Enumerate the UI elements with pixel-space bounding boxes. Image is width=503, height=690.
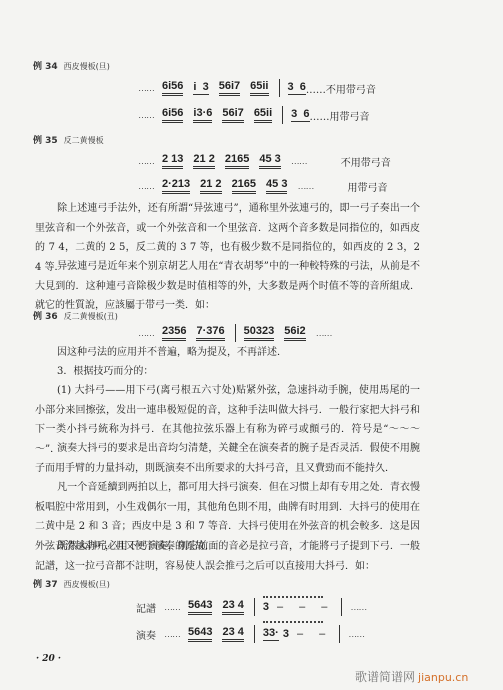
tremolo-wave-mark <box>263 596 323 598</box>
example-35-label: 例 35反二黄慢板 <box>33 133 104 146</box>
note-group: 45 3 <box>266 179 287 194</box>
score-line-ex35-2: …… 2·213 21 2 2165 45 3 …… 用带弓音 <box>138 178 387 194</box>
paragraph-text: 演奏大抖弓的要求是出音均匀清楚，关鍵全在演奏者的腕子是否灵活．假使不用腕子而用手… <box>35 443 420 474</box>
row-label-notation: 記譜 <box>136 600 156 615</box>
example-number: 例 35 <box>33 136 58 146</box>
example-title: 西皮慢板(旦) <box>64 580 110 589</box>
paragraph-not-common: 因这种弓法的应用并不普遍，略为提及，不再詳述． <box>35 343 420 363</box>
note-group: 56i7 <box>219 81 240 96</box>
paragraph-text: 既然大抖弓必用下弓演奏，則它前面的音必是拉弓音，才能將弓子提到下弓．一般記譜，这… <box>35 541 420 572</box>
note-group: 3 6 <box>291 109 309 122</box>
note-group: 6i56 <box>162 81 183 96</box>
note-group: 23 4 <box>222 627 243 642</box>
bar-line <box>339 625 340 643</box>
bar-line <box>341 598 342 616</box>
score-line-ex34-2: …… 6i56 i3·6 56i7 65ii 3 6 ……用带弓音 <box>138 107 370 123</box>
example-36-label: 例 36反二黄慢板(丑) <box>33 309 118 322</box>
ellipsis: …… <box>138 83 154 93</box>
note-group: 65ii <box>250 81 268 96</box>
bar-line <box>235 324 236 342</box>
ellipsis: …… <box>138 156 154 166</box>
page-number: · 20 · <box>36 654 61 664</box>
ellipsis: …… <box>164 629 180 639</box>
paragraph-tremolo-requirement: 演奏大抖弓的要求是出音均匀清楚，关鍵全在演奏者的腕子是否灵活．假使不用腕子而用手… <box>35 439 420 478</box>
note-group: 5643 <box>188 627 212 642</box>
note-group: 21 2 <box>193 154 214 169</box>
annotation-no-bow: ……不用带弓音 <box>306 81 376 96</box>
example-title: 反二黄慢板(丑) <box>64 312 118 321</box>
ellipsis: …… <box>348 629 364 639</box>
bar-line <box>279 79 280 97</box>
bar-line <box>282 106 283 124</box>
bar-line <box>254 598 255 616</box>
annotation-with-bow: ……用带弓音 <box>310 108 370 123</box>
example-title: 反二黄慢板 <box>64 136 104 145</box>
note-group: 2 13 <box>162 154 183 169</box>
annotation-no-bow: 不用带弓音 <box>341 154 391 169</box>
note-group: 56i7 <box>222 108 243 123</box>
example-37-label: 例 37西皮慢板(旦) <box>33 577 110 590</box>
watermark-cn: 歌谱简谱网 <box>355 670 415 684</box>
annotation-with-bow: 用带弓音 <box>347 179 387 194</box>
note-group: 2·213 <box>162 179 190 194</box>
score-line-ex34-1: …… 6i56 i 3 56i7 65ii 3 6 ……不用带弓音 <box>138 80 376 96</box>
paragraph-tremolo-notation: 既然大抖弓必用下弓演奏，則它前面的音必是拉弓音，才能將弓子提到下弓．一般記譜，这… <box>35 537 420 576</box>
note-group: 2165 <box>225 154 249 169</box>
ellipsis: …… <box>316 328 332 338</box>
tremolo-measure: 3 – – – <box>263 601 336 613</box>
score-line-ex35-1: …… 2 13 21 2 2165 45 3 …… 不用带弓音 <box>138 153 391 169</box>
paragraph-text: 异弦連弓是近年来个别京胡艺人用在“青衣胡琴”中的一种較特殊的弓法，从前是不大見到… <box>35 261 420 311</box>
score-line-ex37-performance: 演奏 …… 5643 23 4 33· 3 – – …… <box>136 626 372 642</box>
note-group: 45 3 <box>259 154 280 169</box>
ellipsis: …… <box>138 181 154 191</box>
ellipsis: …… <box>297 181 313 191</box>
ellipsis: …… <box>164 602 180 612</box>
tremolo-wave-mark <box>263 621 323 623</box>
ellipsis: …… <box>350 602 366 612</box>
score-line-ex37-notation: 記譜 …… 5643 23 4 3 – – – …… <box>136 599 374 615</box>
note-group: 2356 <box>162 326 186 341</box>
watermark-en: jianpu.cn <box>418 671 468 684</box>
example-number: 例 36 <box>33 312 58 322</box>
example-title: 西皮慢板(旦) <box>64 62 110 71</box>
note-group: 21 2 <box>200 179 221 194</box>
note-group: 3 6 <box>288 82 306 95</box>
row-label-performance: 演奏 <box>136 627 156 642</box>
example-number: 例 37 <box>33 580 58 590</box>
score-line-ex36: …… 2356 7·376 50323 56i2 …… <box>138 325 340 341</box>
note-group: 6i56 <box>162 108 183 123</box>
note-group: i3·6 <box>193 108 212 123</box>
section-heading: 3．根据技巧而分的： <box>57 366 153 377</box>
tremolo-measure: 33· 3 – – <box>263 628 333 641</box>
bar-line <box>254 625 255 643</box>
ellipsis: …… <box>138 328 154 338</box>
example-34-label: 例 34西皮慢板(旦) <box>33 59 110 72</box>
note-group: 5643 <box>188 600 212 615</box>
note-group: i 3 <box>193 82 208 95</box>
watermark: 歌谱简谱网jianpu.cn <box>355 668 468 685</box>
note-group: 2165 <box>232 179 256 194</box>
note-group: 65ii <box>254 108 272 123</box>
example-number: 例 34 <box>33 62 58 72</box>
ellipsis: …… <box>291 156 307 166</box>
note-group: 50323 <box>244 326 275 341</box>
note-group: 56i2 <box>284 326 305 341</box>
paragraph-heterostring-description: 异弦連弓是近年来个别京胡艺人用在“青衣胡琴”中的一种較特殊的弓法，从前是不大見到… <box>35 257 420 316</box>
paragraph-text: 因这种弓法的应用并不普遍，略为提及，不再詳述． <box>57 347 287 358</box>
note-group: 23 4 <box>222 600 243 615</box>
section-heading-technique: 3．根据技巧而分的： <box>35 362 420 382</box>
note-group: 7·376 <box>196 326 224 341</box>
ellipsis: …… <box>138 110 154 120</box>
